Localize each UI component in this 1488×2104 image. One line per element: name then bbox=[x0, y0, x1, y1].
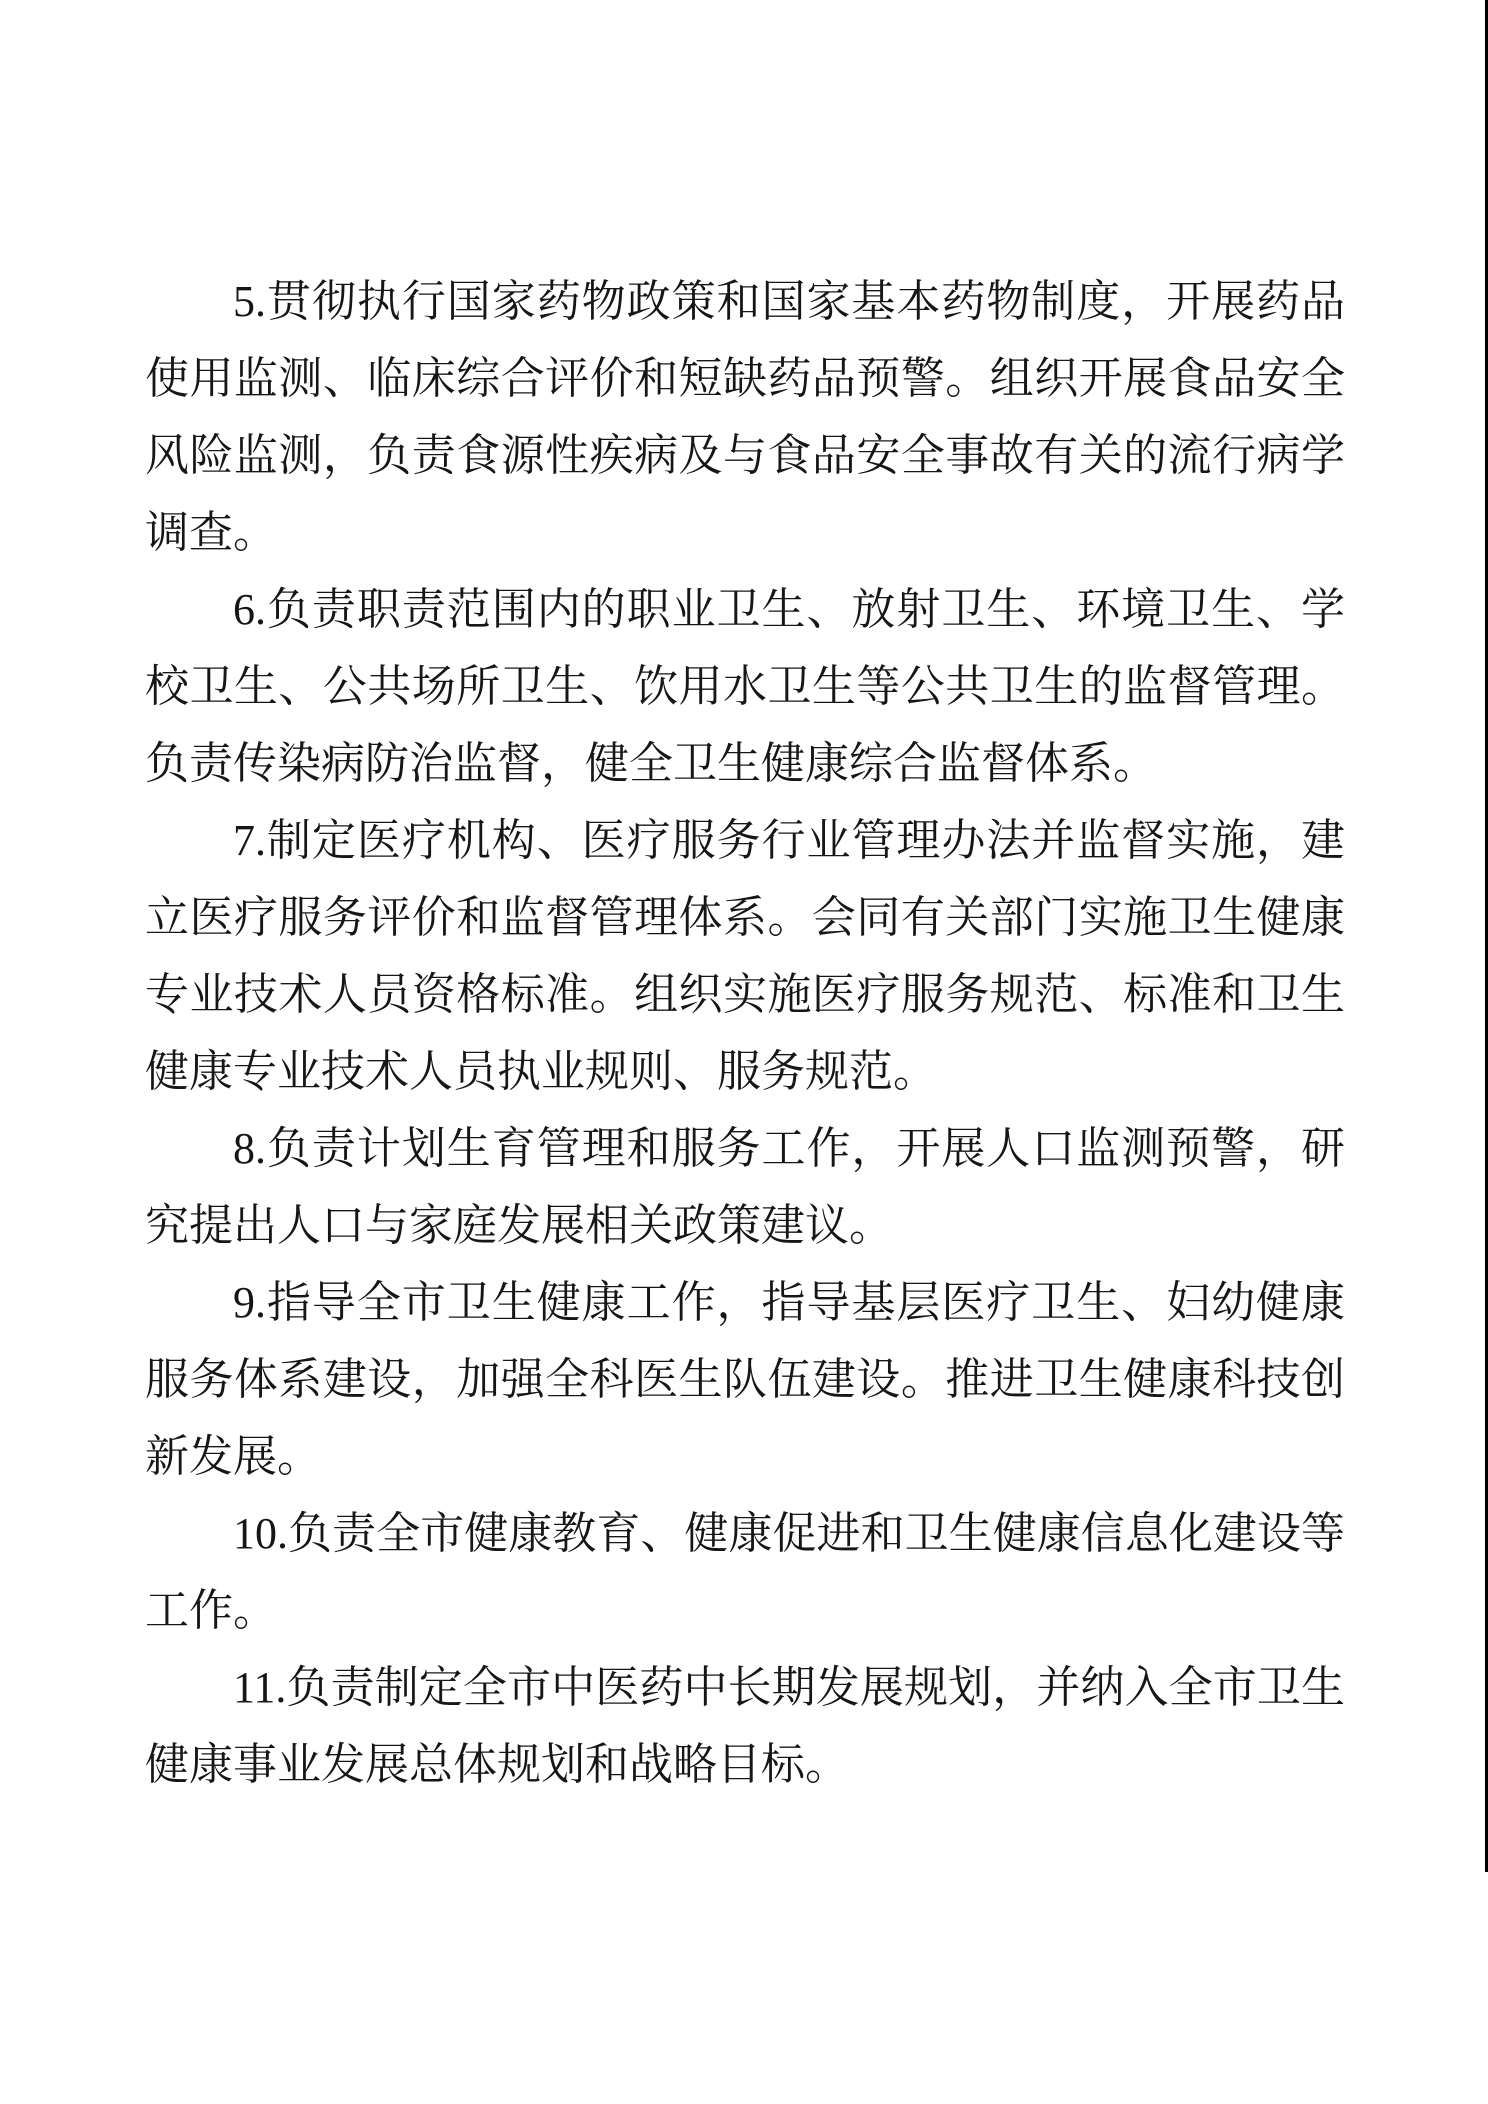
text-line: 8.负责计划生育管理和服务工作，开展人口监测预警，研 bbox=[145, 1110, 1345, 1187]
paragraph: 9.指导全市卫生健康工作，指导基层医疗卫生、妇幼健康服务体系建设，加强全科医生队… bbox=[145, 1264, 1345, 1495]
paragraph: 6.负责职责范围内的职业卫生、放射卫生、环境卫生、学校卫生、公共场所卫生、饮用水… bbox=[145, 571, 1345, 802]
document-page: 5.贯彻执行国家药物政策和国家基本药物制度，开展药品使用监测、临床综合评价和短缺… bbox=[0, 0, 1488, 2104]
text-line: 风险监测，负责食源性疾病及与食品安全事故有关的流行病学 bbox=[145, 417, 1345, 494]
text-line: 校卫生、公共场所卫生、饮用水卫生等公共卫生的监督管理。 bbox=[145, 648, 1345, 725]
document-body: 5.贯彻执行国家药物政策和国家基本药物制度，开展药品使用监测、临床综合评价和短缺… bbox=[145, 263, 1345, 1803]
paragraph: 10.负责全市健康教育、健康促进和卫生健康信息化建设等工作。 bbox=[145, 1495, 1345, 1649]
paragraph: 7.制定医疗机构、医疗服务行业管理办法并监督实施，建立医疗服务评价和监督管理体系… bbox=[145, 802, 1345, 1110]
text-line: 11.负责制定全市中医药中长期发展规划，并纳入全市卫生 bbox=[145, 1649, 1345, 1726]
text-line: 使用监测、临床综合评价和短缺药品预警。组织开展食品安全 bbox=[145, 340, 1345, 417]
text-line: 调查。 bbox=[145, 494, 1345, 571]
text-line: 服务体系建设，加强全科医生队伍建设。推进卫生健康科技创 bbox=[145, 1341, 1345, 1418]
text-line: 工作。 bbox=[145, 1572, 1345, 1649]
text-line: 立医疗服务评价和监督管理体系。会同有关部门实施卫生健康 bbox=[145, 879, 1345, 956]
text-line: 7.制定医疗机构、医疗服务行业管理办法并监督实施，建 bbox=[145, 802, 1345, 879]
paragraph: 11.负责制定全市中医药中长期发展规划，并纳入全市卫生健康事业发展总体规划和战略… bbox=[145, 1649, 1345, 1803]
text-line: 负责传染病防治监督，健全卫生健康综合监督体系。 bbox=[145, 725, 1345, 802]
text-line: 10.负责全市健康教育、健康促进和卫生健康信息化建设等 bbox=[145, 1495, 1345, 1572]
text-line: 新发展。 bbox=[145, 1418, 1345, 1495]
text-line: 究提出人口与家庭发展相关政策建议。 bbox=[145, 1187, 1345, 1264]
text-line: 健康专业技术人员执业规则、服务规范。 bbox=[145, 1033, 1345, 1110]
text-line: 6.负责职责范围内的职业卫生、放射卫生、环境卫生、学 bbox=[145, 571, 1345, 648]
text-line: 健康事业发展总体规划和战略目标。 bbox=[145, 1726, 1345, 1803]
text-line: 5.贯彻执行国家药物政策和国家基本药物制度，开展药品 bbox=[145, 263, 1345, 340]
paragraph: 8.负责计划生育管理和服务工作，开展人口监测预警，研究提出人口与家庭发展相关政策… bbox=[145, 1110, 1345, 1264]
paragraph: 5.贯彻执行国家药物政策和国家基本药物制度，开展药品使用监测、临床综合评价和短缺… bbox=[145, 263, 1345, 571]
text-line: 专业技术人员资格标准。组织实施医疗服务规范、标准和卫生 bbox=[145, 956, 1345, 1033]
text-line: 9.指导全市卫生健康工作，指导基层医疗卫生、妇幼健康 bbox=[145, 1264, 1345, 1341]
